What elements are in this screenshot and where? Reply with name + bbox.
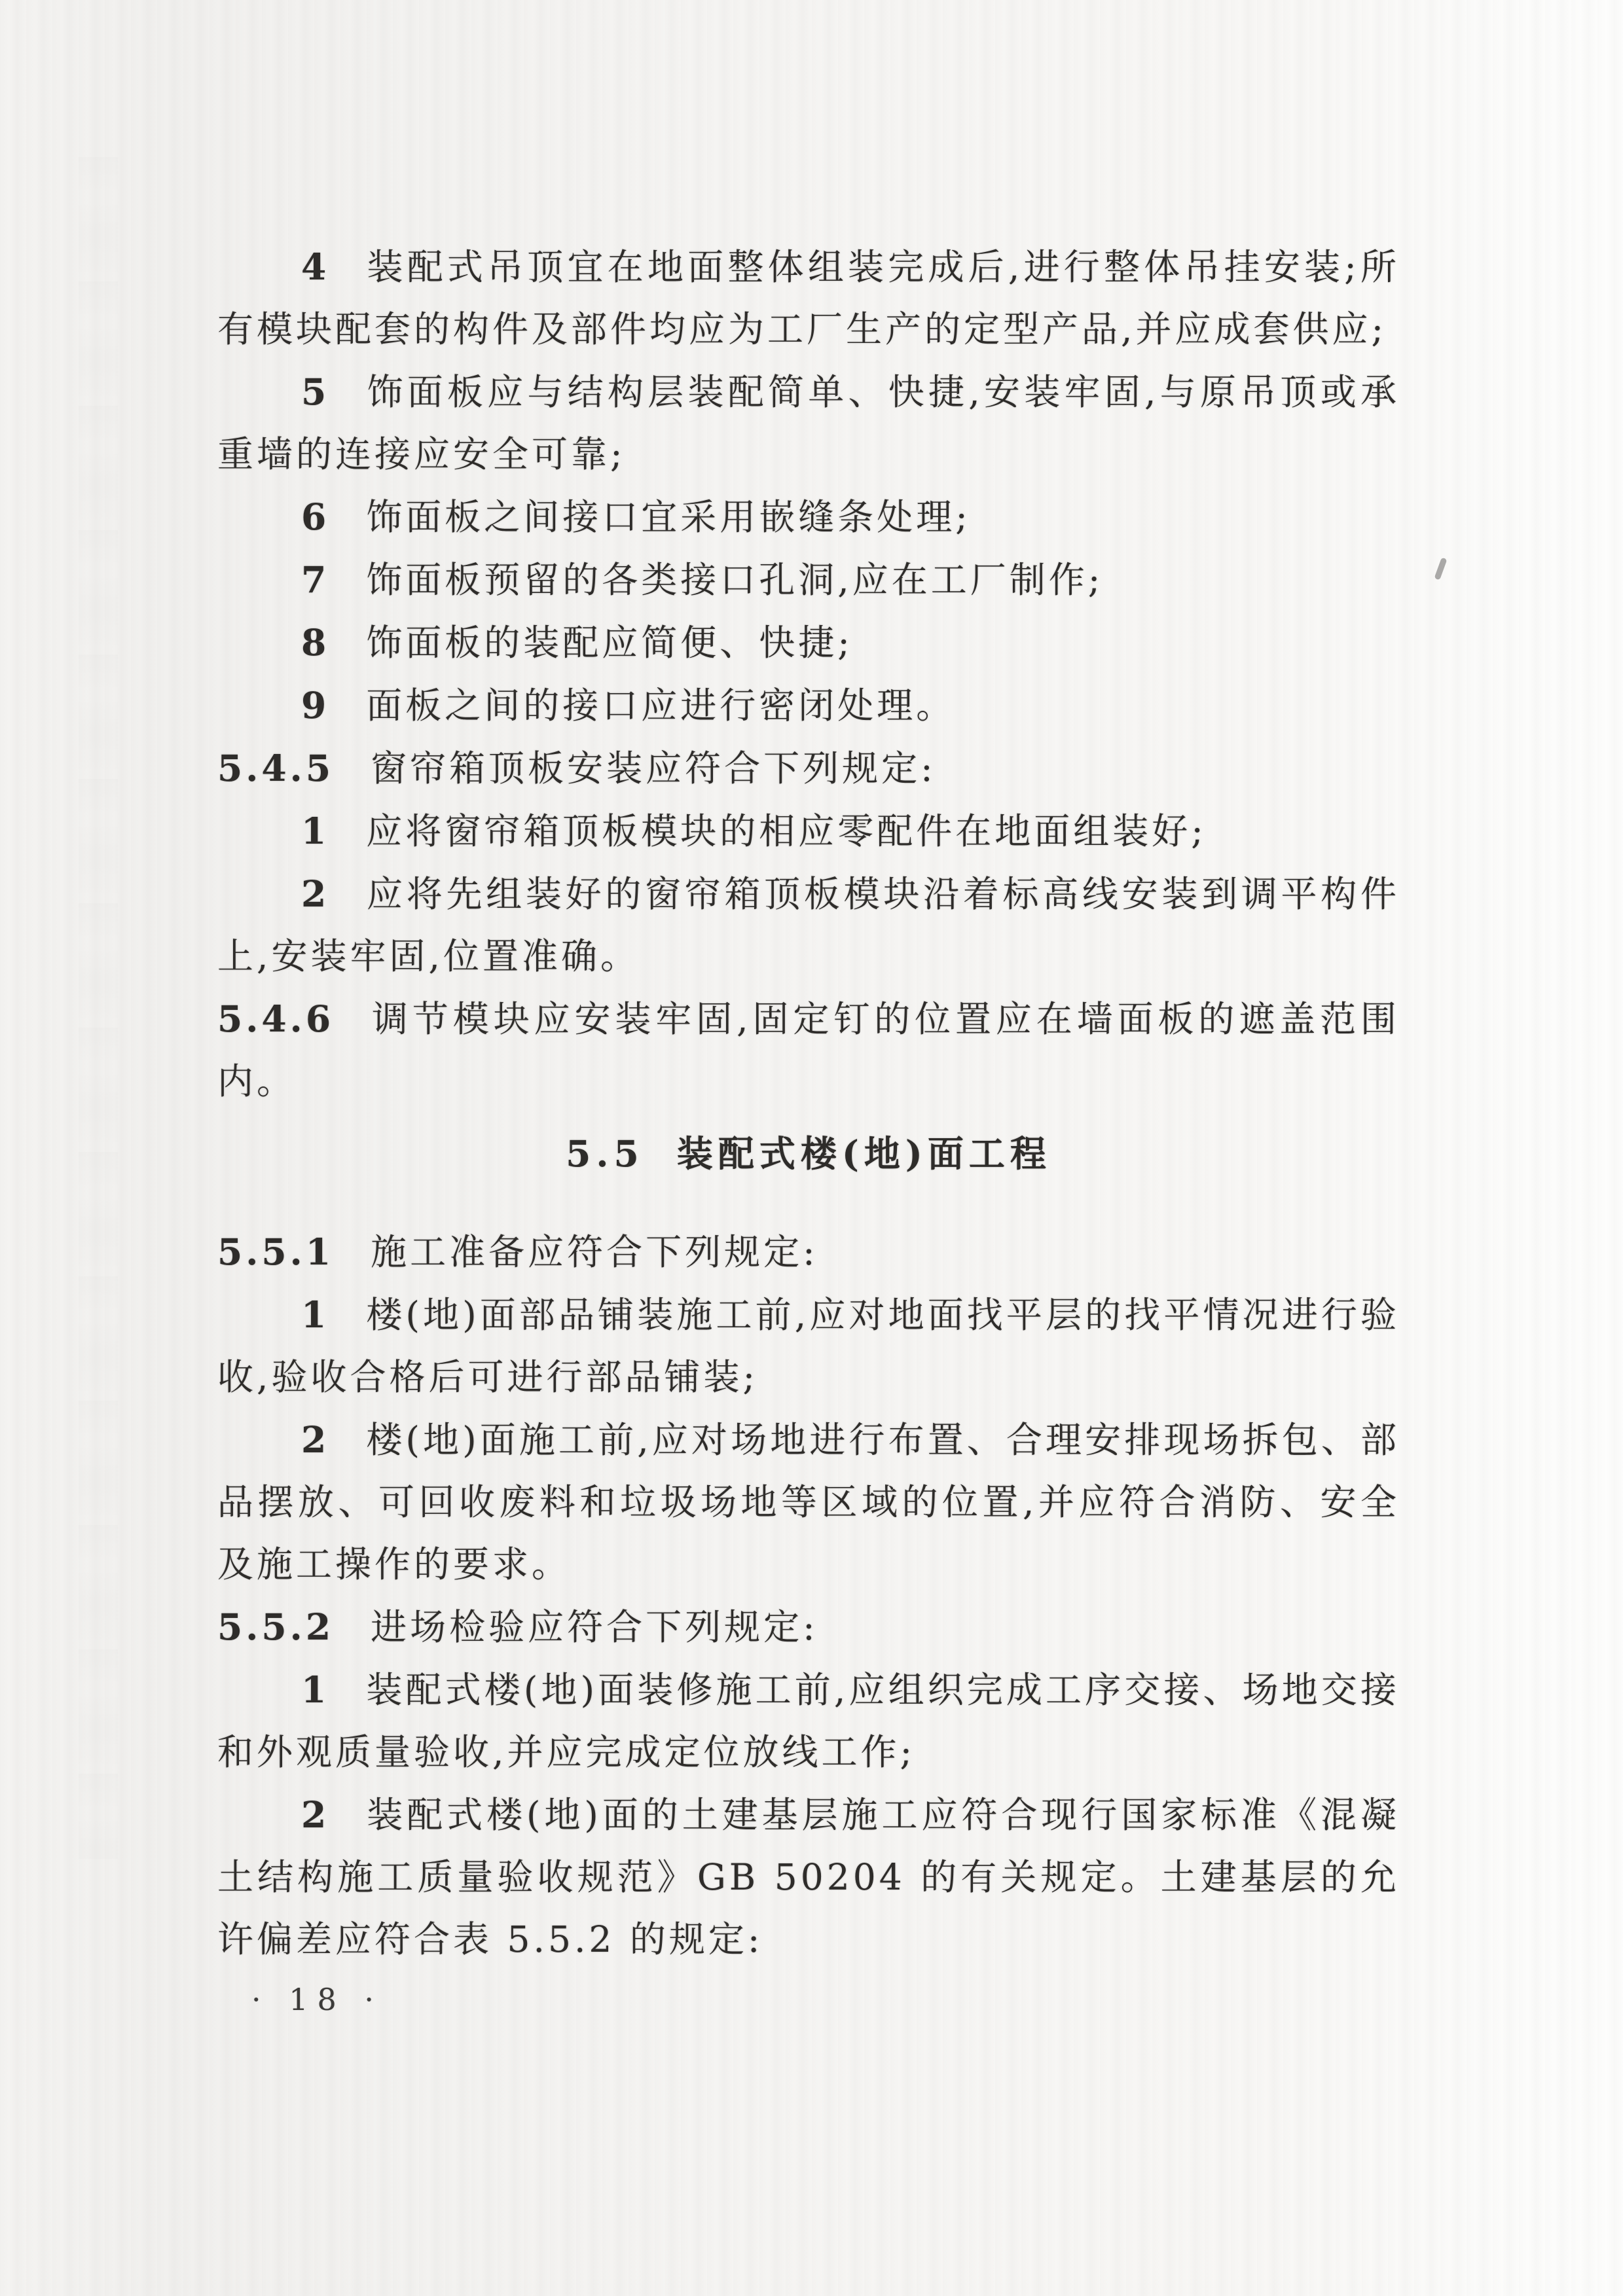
item-number: 1: [301, 810, 329, 852]
list-item-7: 7饰面板预留的各类接口孔洞,应在工厂制作;: [217, 548, 1400, 611]
item-text: 应将先组装好的窗帘箱顶板模块沿着标高线安装到调平构件上,安装牢固,位置准确。: [217, 873, 1400, 977]
item-text: 装配式吊顶宜在地面整体组装完成后,进行整体吊挂安装;所有模块配套的构件及部件均应…: [217, 246, 1400, 350]
list-item-2: 2楼(地)面施工前,应对场地进行布置、合理安排现场拆包、部品摆放、可回收废料和垃…: [217, 1408, 1400, 1596]
scan-speck-artifact: [1434, 557, 1447, 580]
item-text: 饰面板预留的各类接口孔洞,应在工厂制作;: [366, 559, 1103, 601]
clause-text: 窗帘箱顶板安装应符合下列规定:: [371, 747, 936, 789]
item-number: 9: [301, 684, 329, 726]
item-number: 2: [301, 872, 329, 915]
item-text: 饰面板应与结构层装配简单、快捷,安装牢固,与原吊顶或承重墙的连接应安全可靠;: [217, 371, 1400, 475]
item-number: 5: [301, 370, 329, 413]
item-number: 2: [301, 1418, 329, 1461]
item-text: 应将窗帘箱顶板模块的相应零配件在地面组装好;: [366, 810, 1207, 852]
clause-number: 5.5.1: [217, 1230, 334, 1273]
section-number: 5.5: [566, 1132, 644, 1175]
item-number: 4: [301, 245, 329, 288]
item-text: 楼(地)面施工前,应对场地进行布置、合理安排现场拆包、部品摆放、可回收废料和垃圾…: [217, 1419, 1400, 1585]
clause-number: 5.4.5: [217, 747, 334, 789]
list-item-6: 6饰面板之间接口宜采用嵌缝条处理;: [217, 486, 1400, 548]
list-item-2: 2装配式楼(地)面的土建基层施工应符合现行国家标准《混凝土结构施工质量验收规范》…: [217, 1784, 1400, 1971]
page-number: · 18 ·: [251, 1982, 383, 2017]
item-number: 7: [301, 558, 329, 601]
clause-text: 施工准备应符合下列规定:: [371, 1231, 818, 1273]
section-title: 装配式楼(地)面工程: [677, 1132, 1051, 1175]
item-text: 面板之间的接口应进行密闭处理。: [366, 685, 955, 726]
clause-5-4-6: 5.4.6调节模块应安装牢固,固定钉的位置应在墙面板的遮盖范围内。: [217, 988, 1400, 1113]
clause-5-5-2: 5.5.2进场检验应符合下列规定:: [217, 1596, 1400, 1659]
clause-5-4-5: 5.4.5窗帘箱顶板安装应符合下列规定:: [217, 737, 1400, 800]
item-number: 8: [301, 621, 329, 664]
item-number: 2: [301, 1793, 329, 1836]
list-item-1: 1装配式楼(地)面装修施工前,应组织完成工序交接、场地交接和外观质量验收,并应完…: [217, 1659, 1400, 1784]
document-page: 4装配式吊顶宜在地面整体组装完成后,进行整体吊挂安装;所有模块配套的构件及部件均…: [0, 0, 1623, 2296]
list-item-1: 1应将窗帘箱顶板模块的相应零配件在地面组装好;: [217, 800, 1400, 863]
list-item-2: 2应将先组装好的窗帘箱顶板模块沿着标高线安装到调平构件上,安装牢固,位置准确。: [217, 863, 1400, 988]
item-text: 饰面板的装配应简便、快捷;: [366, 622, 853, 664]
item-text: 装配式楼(地)面的土建基层施工应符合现行国家标准《混凝土结构施工质量验收规范》G…: [217, 1794, 1400, 1960]
list-item-8: 8饰面板的装配应简便、快捷;: [217, 611, 1400, 674]
scan-smudge-artifact: [79, 157, 118, 1859]
clause-number: 5.5.2: [217, 1605, 334, 1648]
item-number: 6: [301, 495, 329, 538]
list-item-5: 5饰面板应与结构层装配简单、快捷,安装牢固,与原吊顶或承重墙的连接应安全可靠;: [217, 361, 1400, 486]
clause-text: 进场检验应符合下列规定:: [371, 1606, 818, 1648]
clause-number: 5.4.6: [217, 997, 334, 1040]
clause-5-5-1: 5.5.1施工准备应符合下列规定:: [217, 1221, 1400, 1283]
list-item-4: 4装配式吊顶宜在地面整体组装完成后,进行整体吊挂安装;所有模块配套的构件及部件均…: [217, 236, 1400, 361]
text-column: 4装配式吊顶宜在地面整体组装完成后,进行整体吊挂安装;所有模块配套的构件及部件均…: [217, 236, 1400, 1971]
item-number: 1: [301, 1293, 329, 1336]
item-text: 装配式楼(地)面装修施工前,应组织完成工序交接、场地交接和外观质量验收,并应完成…: [217, 1669, 1400, 1773]
item-text: 楼(地)面部品铺装施工前,应对地面找平层的找平情况进行验收,验收合格后可进行部品…: [217, 1294, 1400, 1398]
item-text: 饰面板之间接口宜采用嵌缝条处理;: [366, 496, 971, 538]
clause-text: 调节模块应安装牢固,固定钉的位置应在墙面板的遮盖范围内。: [217, 998, 1400, 1102]
list-item-1: 1楼(地)面部品铺装施工前,应对地面找平层的找平情况进行验收,验收合格后可进行部…: [217, 1283, 1400, 1408]
item-number: 1: [301, 1668, 329, 1711]
section-heading-5-5: 5.5装配式楼(地)面工程: [217, 1122, 1400, 1185]
list-item-9: 9面板之间的接口应进行密闭处理。: [217, 674, 1400, 737]
